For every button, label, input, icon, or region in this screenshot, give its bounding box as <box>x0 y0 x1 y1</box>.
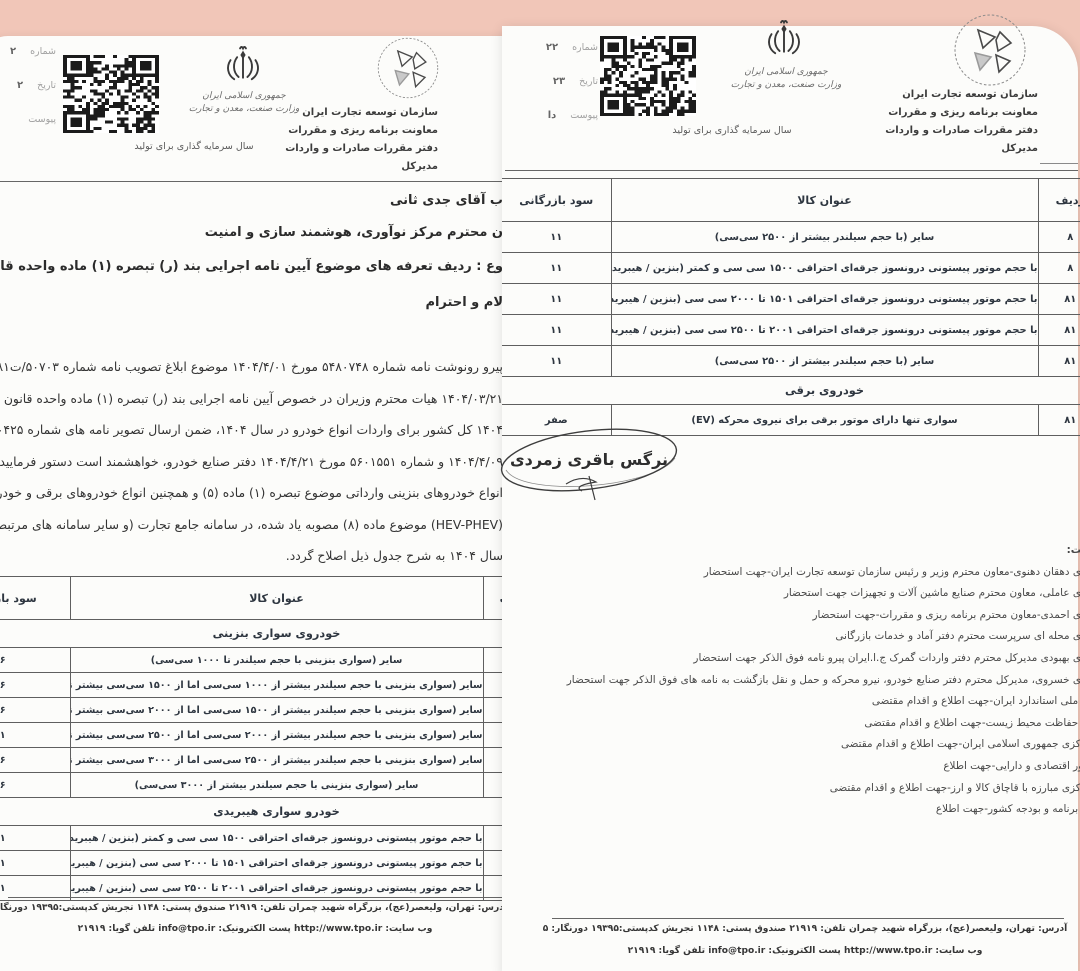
attachment-value: دا <box>548 110 557 121</box>
meta-number-row: شماره ۲ <box>0 46 56 80</box>
right-tariff-table: ردیف عنوان کالا سود بازرگانی ۸ سایر (با … <box>502 178 1080 436</box>
right-footer-rule <box>552 918 1064 919</box>
cell-title: سایر (سواری بنزینی با حجم سیلندر تا ۱۰۰۰… <box>70 648 483 673</box>
number-value: ۲ <box>10 46 16 57</box>
left-tariff-table: ردیف عنوان کالا سود بازرگانی خودروی سوار… <box>0 576 545 901</box>
cell-profit: ۱۱ <box>0 851 70 876</box>
meta-attachment-row: پیوست دا <box>503 110 598 144</box>
cell-title: سایر (سواری بنزینی با حجم سیلندر بیشتر ا… <box>70 673 483 698</box>
org-line: مدیرکل <box>898 140 1038 158</box>
cell-code: ۸۱ <box>1038 315 1080 346</box>
table-row: ۸۱ با حجم موتور پیستونی درونسوز جرقه‌ای … <box>502 315 1080 346</box>
left-footer-rule <box>8 897 507 898</box>
cc-list-block: شت: آقای دهقان دهنوی-معاون محترم وزیر و … <box>532 540 1080 821</box>
salutation-line: لام و احترام <box>0 295 503 310</box>
date-value: ۲۳ <box>553 76 565 87</box>
signature-stamp: نرگس باقری زمردی <box>494 418 684 513</box>
date-value: ۲ <box>17 80 23 91</box>
cell-code: ۸۱ <box>1038 346 1080 377</box>
org-line: سازمان توسعه تجارت ایران <box>298 104 438 122</box>
org-line: دفتر مقررات صادرات و واردات <box>298 140 438 158</box>
table-row: ۸ سایر (سواری بنزینی با حجم سیلندر بیشتر… <box>0 673 545 698</box>
letter-body: پیرو رونوشت نامه شماره ۵۴۸۰۷۴۸ مورخ ۱۴۰۴… <box>0 351 503 572</box>
body-line: ۱۴۰۴/۰۳/۲۱ هیات محترم وزیران در خصوص آیی… <box>0 383 503 415</box>
cc-item: ان برنامه و بودجه کشور-جهت اطلاع <box>532 799 1080 821</box>
meta-date-row: تاریخ ۲ <box>0 80 56 114</box>
cell-profit: ۸۶ <box>0 773 70 798</box>
left-meta-block: شماره ۲ تاریخ ۲ پیوست <box>0 46 56 148</box>
slogan-text: سال سرمایه گذاری برای تولید <box>128 141 260 152</box>
cell-profit: ۵۱ <box>0 723 70 748</box>
slogan-text: سال سرمایه گذاری برای تولید <box>666 125 798 136</box>
body-line: پیرو رونوشت نامه شماره ۵۴۸۰۷۴۸ مورخ ۱۴۰۴… <box>0 351 503 383</box>
col-header-code: ردیف <box>1038 179 1080 222</box>
left-footer-line2: وب سایت: http://www.tpo.ir پست الکترونیک… <box>40 924 470 934</box>
qr-code <box>600 36 696 116</box>
cell-profit <box>502 377 611 405</box>
body-line: ۱۴۰۴/۴/۰۹ و شماره ۵۶۰۱۵۵۱ مورخ ۱۴۰۴/۴/۲۱… <box>0 446 503 478</box>
cell-title: خودروی برقی <box>611 377 1038 405</box>
table-row: خودروی سواری بنزینی <box>0 620 545 648</box>
body-line: سال ۱۴۰۴ به شرح جدول ذیل اصلاح گردد. <box>0 540 503 572</box>
signature-name: نرگس باقری زمردی <box>510 450 668 469</box>
org-name-block: سازمان توسعه تجارت ایرانمعاونت برنامه ری… <box>898 86 1038 158</box>
cell-code: ۸ <box>1038 253 1080 284</box>
scanned-letters-page: شماره ۲ تاریخ ۲ پیوست جمهوری اسلامی ایرا… <box>0 0 1080 971</box>
cc-item: آقای دهقان دهنوی-معاون محترم وزیر و رئیس… <box>532 562 1080 584</box>
table-row: ۸۱ سایر (با حجم سیلندر بیشتر از ۲۵۰۰ سی‌… <box>502 346 1080 377</box>
number-label: شماره <box>572 42 598 53</box>
table-row: ۸ سایر (سواری بنزینی با حجم سیلندر تا ۱۰… <box>0 648 545 673</box>
body-line: انواع خودروهای بنزینی وارداتی موضوع تبصر… <box>0 477 503 509</box>
cc-item: آقای بهبودی مدیرکل محترم دفتر واردات گمر… <box>532 648 1080 670</box>
cc-item: مرکزی مبارزه با قاچاق کالا و ارز-جهت اطل… <box>532 778 1080 800</box>
cell-profit: ۱۱ <box>502 222 611 253</box>
cc-item: آقای خسروی، مدیرکل محترم دفتر صنایع خودر… <box>532 670 1080 692</box>
ministry-line2: وزارت صنعت، معدن و تجارت <box>180 103 308 116</box>
cell-profit: ۲۶ <box>0 698 70 723</box>
meta-attachment-row: پیوست <box>0 114 56 148</box>
col-header-title: عنوان کالا <box>611 179 1038 222</box>
cell-code <box>1038 377 1080 405</box>
cell-title: با حجم موتور پیستونی درونسوز جرقه‌ای احت… <box>70 826 483 851</box>
ministry-line1: جمهوری اسلامی ایران <box>180 90 308 103</box>
org-line: دفتر مقررات صادرات و واردات <box>898 122 1038 140</box>
cell-title: سایر (با حجم سیلندر بیشتر از ۲۵۰۰ سی‌سی) <box>611 222 1038 253</box>
cell-profit: ۱۶ <box>0 648 70 673</box>
cc-item: آقای عاملی، معاون محترم صنایع ماشین آلات… <box>532 583 1080 605</box>
cell-code: ۸۱ <box>1038 405 1080 436</box>
cc-item: مرکزی جمهوری اسلامی ایران-جهت اطلاع و اق… <box>532 734 1080 756</box>
meta-separator-line <box>1040 163 1078 164</box>
cell-title: سایر (با حجم سیلندر بیشتر از ۲۵۰۰ سی‌سی) <box>611 346 1038 377</box>
cell-profit <box>0 620 70 648</box>
cell-title: خودرو سواری هیبریدی <box>70 798 483 826</box>
addressee-line2: ن محترم مرکز نوآوری، هوشمند سازی و امنیت <box>0 225 503 240</box>
right-footer-line1: آدرس: تهران، ولیعصر(عج)، بزرگراه شهید چم… <box>540 924 1070 934</box>
table-row: ۸ سایر (سواری بنزینی با حجم سیلندر بیشتر… <box>0 748 545 773</box>
ministry-line1: جمهوری اسلامی ایران <box>722 66 850 79</box>
attachment-label: پیوست <box>28 114 56 125</box>
left-footer-line1: آدرس: تهران، ولیعصر(عج)، بزرگراه شهید چم… <box>0 903 507 913</box>
table-row: ۸ سایر (با حجم سیلندر بیشتر از ۲۵۰۰ سی‌س… <box>502 222 1080 253</box>
org-line: سازمان توسعه تجارت ایران <box>898 86 1038 104</box>
cell-code: ۸۱ <box>1038 284 1080 315</box>
ministry-name-block: جمهوری اسلامی ایران وزارت صنعت، معدن و ت… <box>180 90 308 116</box>
org-name-block: سازمان توسعه تجارت ایرانمعاونت برنامه ری… <box>298 104 438 176</box>
table-row: ۸۱ با حجم موتور پیستونی درونسوز جرقه‌ای … <box>502 284 1080 315</box>
cc-item: آقای احمدی-معاون محترم برنامه ریزی و مقر… <box>532 605 1080 627</box>
right-footer-line2: وب سایت: http://www.tpo.ir پست الکترونیک… <box>590 946 1020 956</box>
cell-title: با حجم موتور پیستونی درونسوز جرقه‌ای احت… <box>611 284 1038 315</box>
col-header-profit: سود بازرگانی <box>502 179 611 222</box>
tpo-logo-icon <box>374 34 442 102</box>
qr-code <box>63 55 159 133</box>
cell-title: سایر (سواری بنزینی با حجم سیلندر بیشتر ا… <box>70 773 483 798</box>
ministry-name-block: جمهوری اسلامی ایران وزارت صنعت، معدن و ت… <box>722 66 850 92</box>
cell-title: سایر (سواری بنزینی با حجم سیلندر بیشتر ا… <box>70 723 483 748</box>
meta-date-row: تاریخ ۲۳ <box>503 76 598 110</box>
ministry-line2: وزارت صنعت، معدن و تجارت <box>722 79 850 92</box>
cell-profit: ۱۱ <box>502 346 611 377</box>
table-row: ۸ سایر (سواری بنزینی با حجم سیلندر بیشتر… <box>0 723 545 748</box>
attachment-label: پیوست <box>570 110 598 121</box>
body-line: ‏(HEV-PHEV) موضوع ماده (۸) مصوبه یاد شده… <box>0 509 503 541</box>
cell-profit <box>0 798 70 826</box>
right-meta-block: شماره ۲۲ تاریخ ۲۳ پیوست دا <box>503 42 598 144</box>
cell-profit: ۱۶ <box>0 673 70 698</box>
cell-title: با حجم موتور پیستونی درونسوز جرقه‌ای احت… <box>70 851 483 876</box>
cc-list: آقای دهقان دهنوی-معاون محترم وزیر و رئیس… <box>532 562 1080 821</box>
org-line: معاونت برنامه ریزی و مقررات <box>298 122 438 140</box>
tpo-logo-icon <box>950 10 1030 90</box>
table-row: ۸ با حجم موتور پیستونی درونسوز جرقه‌ای ا… <box>502 253 1080 284</box>
number-label: شماره <box>30 46 56 57</box>
cell-profit: ۱۱ <box>502 315 611 346</box>
cell-title: سایر (سواری بنزینی با حجم سیلندر بیشتر ا… <box>70 698 483 723</box>
date-label: تاریخ <box>579 76 598 87</box>
cc-list-label: شت: <box>532 540 1080 562</box>
table-header-row: ردیف عنوان کالا سود بازرگانی <box>0 577 545 620</box>
cell-code: ۸ <box>1038 222 1080 253</box>
cell-profit: ۷۶ <box>0 748 70 773</box>
cell-profit: ۱۱ <box>502 284 611 315</box>
col-header-title: عنوان کالا <box>70 577 483 620</box>
table-row: خودروی برقی <box>502 377 1080 405</box>
cell-title: با حجم موتور پیستونی درونسوز جرقه‌ای احت… <box>611 253 1038 284</box>
table-row: ۷ سایر (سواری بنزینی با حجم سیلندر بیشتر… <box>0 773 545 798</box>
left-header-rule <box>0 181 507 182</box>
table-header-row: ردیف عنوان کالا سود بازرگانی <box>502 179 1080 222</box>
cc-item: ان حفاظت محیط زیست-جهت اطلاع و اقدام مقت… <box>532 713 1080 735</box>
table-row: خودرو سواری هیبریدی <box>0 798 545 826</box>
cc-item: ان ملی استاندارد ایران-جهت اطلاع و اقدام… <box>532 691 1080 713</box>
right-header-rule <box>505 170 1078 171</box>
cc-item: آقای محله ای سرپرست محترم دفتر آماد و خد… <box>532 626 1080 648</box>
addressee-line1: ب آقای جدی ثانی <box>0 193 503 208</box>
subject-line: وع : ردیف تعرفه های موضوع آیین نامه اجرا… <box>0 259 503 274</box>
cell-profit: ۱۱ <box>502 253 611 284</box>
cc-item: امور اقتصادی و دارایی-جهت اطلاع <box>532 756 1080 778</box>
org-line: معاونت برنامه ریزی و مقررات <box>898 104 1038 122</box>
col-header-profit: سود بازرگانی <box>0 577 70 620</box>
cell-title: با حجم موتور پیستونی درونسوز جرقه‌ای احت… <box>611 315 1038 346</box>
iran-emblem-icon <box>221 42 265 90</box>
cell-profit: ۱۱ <box>0 826 70 851</box>
meta-number-row: شماره ۲۲ <box>503 42 598 76</box>
table-row: ۸ با حجم موتور پیستونی درونسوز جرقه‌ای ا… <box>0 851 545 876</box>
number-value: ۲۲ <box>546 42 558 53</box>
table-row: ۸ سایر (سواری بنزینی با حجم سیلندر بیشتر… <box>0 698 545 723</box>
date-label: تاریخ <box>37 80 56 91</box>
iran-emblem-icon <box>762 16 806 64</box>
cell-title: سایر (سواری بنزینی با حجم سیلندر بیشتر ا… <box>70 748 483 773</box>
org-line: مدیرکل <box>298 158 438 176</box>
cell-title: خودروی سواری بنزینی <box>70 620 483 648</box>
body-line: ۱۴۰۴ کل کشور برای واردات انواع خودرو در … <box>0 414 503 446</box>
table-row: ۸ با حجم موتور پیستونی درونسوز جرقه‌ای ا… <box>0 826 545 851</box>
